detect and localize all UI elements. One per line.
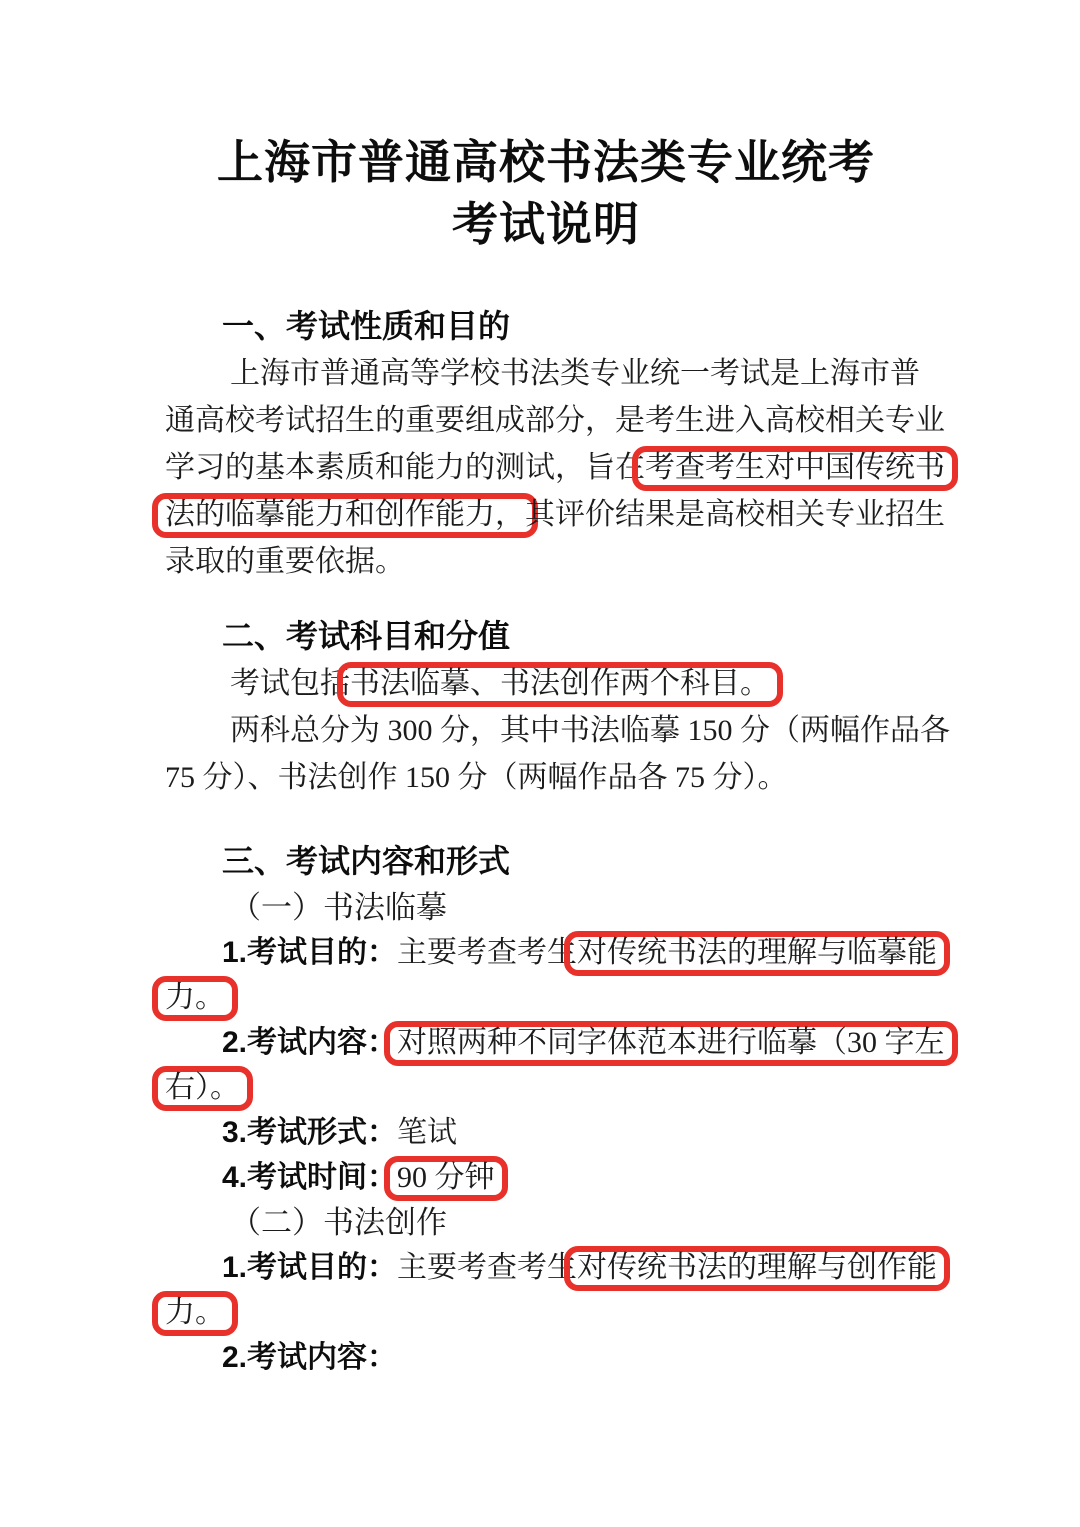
section-heading: 三、考试内容和形式 [0,838,1080,885]
text-segment: 上海市普通高等学校书法类专业统一考试是上海市普 [230,357,920,390]
red-highlight-box: 书法临摹、书法创作两个科目。 [337,662,783,707]
text-line: 力。 [0,975,1080,1020]
text-segment: 学习的基本素质和能力的测试，旨在 [165,451,645,484]
item-label: 3.考试形式： [222,1116,397,1149]
text-segment: 录取的重要依据。 [165,545,405,578]
text-segment: 其评价结果是高校相关专业招生 [525,498,945,531]
document-title-line1: 上海市普通高校书法类专业统考 [12,132,1080,194]
text-segment: 两科总分为 300 分，其中书法临摹 150 分（两幅作品各 [230,714,950,747]
red-highlight-box: 对传统书法的理解与创作能 [564,1246,950,1291]
text-line: 两科总分为 300 分，其中书法临摹 150 分（两幅作品各 [0,707,1080,754]
document-title: 上海市普通高校书法类专业统考 考试说明 [0,132,1080,256]
text-segment: 笔试 [397,1116,457,1149]
text-line: 3.考试形式：笔试 [0,1110,1080,1155]
document-page: 上海市普通高校书法类专业统考 考试说明 一、考试性质和目的上海市普通高等学校书法… [0,0,1080,1527]
text-line: （二）书法创作 [0,1200,1080,1245]
text-line: 1.考试目的：主要考查考生对传统书法的理解与临摹能 [0,930,1080,975]
document-sections: 一、考试性质和目的上海市普通高等学校书法类专业统一考试是上海市普通高校考试招生的… [0,303,1080,1380]
text-line: 上海市普通高等学校书法类专业统一考试是上海市普 [0,350,1080,397]
red-highlight-box: 对传统书法的理解与临摹能 [564,931,950,976]
section-heading: 二、考试科目和分值 [0,613,1080,660]
text-line: 2.考试内容： [0,1335,1080,1380]
item-label: 2.考试内容： [222,1341,397,1374]
item-label: 1.考试目的： [222,1251,397,1284]
document-title-line2: 考试说明 [12,194,1080,256]
red-highlight-box: 考查考生对中国传统书 [632,446,958,491]
text-line: （一）书法临摹 [0,885,1080,930]
item-label: 4.考试时间： [222,1161,397,1194]
item-label: 1.考试目的： [222,936,397,969]
red-highlight-box: 力。 [152,976,238,1021]
red-highlight-box: 右）。 [152,1066,253,1111]
text-line: 4.考试时间：90 分钟 [0,1155,1080,1200]
text-segment: 通高校考试招生的重要组成部分，是考生进入高校相关专业 [165,404,945,437]
text-segment: （一）书法临摹 [230,890,447,925]
text-line: 学习的基本素质和能力的测试，旨在考查考生对中国传统书 [0,444,1080,491]
section-2: 二、考试科目和分值考试包括书法临摹、书法创作两个科目。两科总分为 300 分，其… [0,613,1080,801]
text-line: 考试包括书法临摹、书法创作两个科目。 [0,660,1080,707]
text-line: 录取的重要依据。 [0,538,1080,585]
section-3: 三、考试内容和形式（一）书法临摹1.考试目的：主要考查考生对传统书法的理解与临摹… [0,838,1080,1380]
text-line: 法的临摹能力和创作能力，其评价结果是高校相关专业招生 [0,491,1080,538]
text-segment: （二）书法创作 [230,1205,447,1240]
section-heading: 一、考试性质和目的 [0,303,1080,350]
item-label: 2.考试内容： [222,1026,397,1059]
section-1: 一、考试性质和目的上海市普通高等学校书法类专业统一考试是上海市普通高校考试招生的… [0,303,1080,585]
text-line: 通高校考试招生的重要组成部分，是考生进入高校相关专业 [0,397,1080,444]
text-line: 75 分）、书法创作 150 分（两幅作品各 75 分）。 [0,754,1080,801]
red-highlight-box: 对照两种不同字体范本进行临摹（30 字左 [384,1021,958,1066]
text-segment: 主要考查考生 [397,1251,577,1284]
text-line: 右）。 [0,1065,1080,1110]
red-highlight-box: 力。 [152,1291,238,1336]
text-segment: 75 分）、书法创作 150 分（两幅作品各 75 分）。 [165,761,788,794]
red-highlight-box: 90 分钟 [384,1156,508,1201]
text-segment: 考试包括 [230,667,350,700]
text-line: 1.考试目的：主要考查考生对传统书法的理解与创作能 [0,1245,1080,1290]
text-line: 2.考试内容：对照两种不同字体范本进行临摹（30 字左 [0,1020,1080,1065]
red-highlight-box: 法的临摹能力和创作能力， [152,493,538,538]
text-line: 力。 [0,1290,1080,1335]
text-segment: 主要考查考生 [397,936,577,969]
